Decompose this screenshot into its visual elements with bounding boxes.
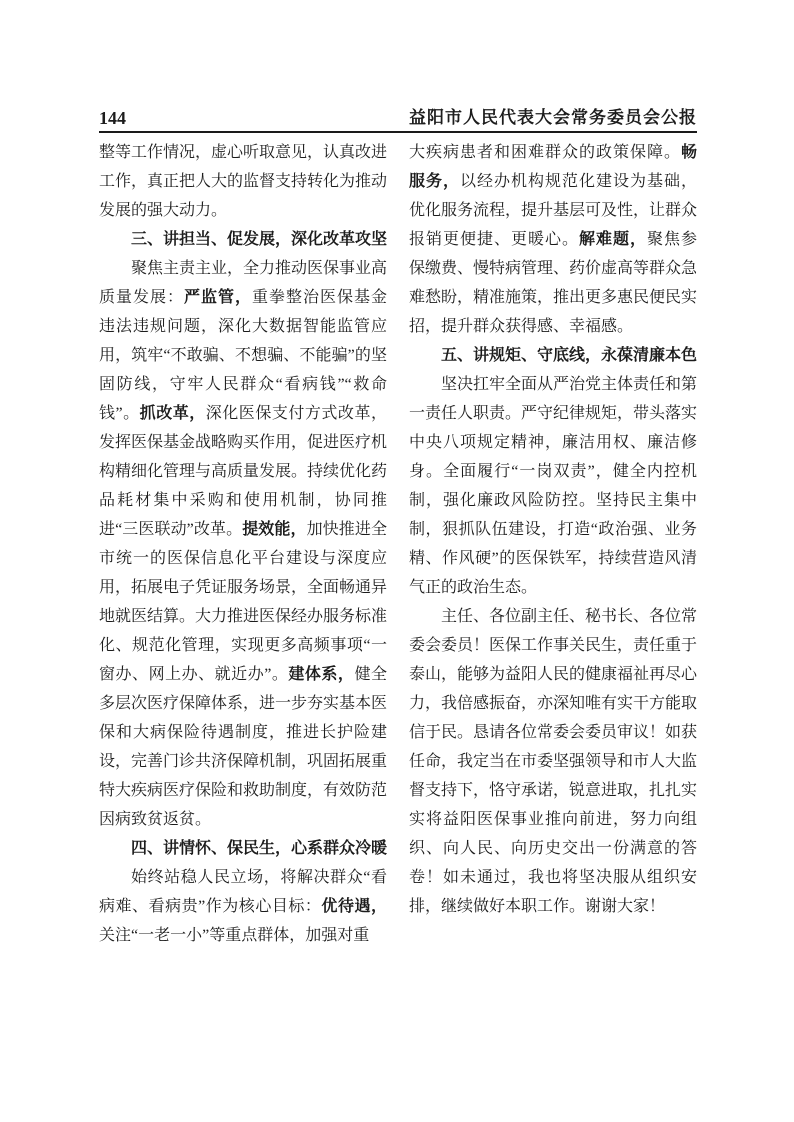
section-heading: 三、讲担当、促发展，深化改革攻坚 [99,225,387,254]
page-header: 144 益阳市人民代表大会常务委员会公报 [99,108,697,133]
column-left: 整等工作情况，虚心听取意见，认真改进工作，真正把人大的监督支持转化为推动发展的强… [99,138,387,950]
section-heading: 五、讲规矩、守底线，永葆清廉本色 [409,341,697,370]
bold-text-run: 建体系， [288,666,354,683]
text-run: 深化医保支付方式改革，发挥医保基金战略购买作用，促进医疗机构精细化管理与高质量发… [99,405,387,538]
bold-text-run: 优待遇， [321,898,387,915]
text-run: 大疾病患者和困难群众的政策保障。 [409,144,681,161]
paragraph: 坚决扛牢全面从严治党主体责任和第一责任人职责。严守纪律规矩，带头落实中央八项规定… [409,370,697,602]
bold-text-run: 五、讲规矩、守底线，永葆清廉本色 [441,347,697,364]
paragraph: 大疾病患者和困难群众的政策保障。畅服务，以经办机构规范化建设为基础，优化服务流程… [409,138,697,341]
section-heading: 四、讲情怀、保民生，心系群众冷暖 [99,834,387,863]
text-run: 健全多层次医疗保障体系，进一步夯实基本医保和大病保险待遇制度，推进长护险建设，完… [99,666,387,828]
document-page: 144 益阳市人民代表大会常务委员会公报 整等工作情况，虚心听取意见，认真改进工… [99,108,697,950]
text-run: 坚决扛牢全面从严治党主体责任和第一责任人职责。严守纪律规矩，带头落实中央八项规定… [409,376,697,596]
column-right: 大疾病患者和困难群众的政策保障。畅服务，以经办机构规范化建设为基础，优化服务流程… [409,138,697,950]
bold-text-run: 提效能， [242,521,306,538]
text-run: 加快推进全市统一的医保信息化平台建设与深度应用，拓展电子凭证服务场景，全面畅通异… [99,521,387,683]
header-title: 益阳市人民代表大会常务委员会公报 [409,108,697,128]
text-run: 整等工作情况，虚心听取意见，认真改进工作，真正把人大的监督支持转化为推动发展的强… [99,144,387,219]
bold-text-run: 解难题， [579,231,647,248]
text-run: 重拳整治医保基金违法违规问题，深化大数据智能监管应用，筑牢“不敢骗、不想骗、不能… [99,289,387,422]
paragraph: 聚焦主责主业，全力推动医保事业高质量发展：严监管，重拳整治医保基金违法违规问题，… [99,254,387,834]
text-run: 关注“一老一小”等重点群体，加强对重 [99,927,369,944]
paragraph: 始终站稳人民立场，将解决群众“看病难、看病贵”作为核心目标：优待遇，关注“一老一… [99,863,387,950]
bold-text-run: 抓改革， [140,405,206,422]
paragraph: 主任、各位副主任、秘书长、各位常委会委员！医保工作事关民生，责任重于泰山，能够为… [409,602,697,921]
text-run: 主任、各位副主任、秘书长、各位常委会委员！医保工作事关民生，责任重于泰山，能够为… [409,608,697,915]
page-number: 144 [99,108,126,128]
content-columns: 整等工作情况，虚心听取意见，认真改进工作，真正把人大的监督支持转化为推动发展的强… [99,138,697,950]
bold-text-run: 四、讲情怀、保民生，心系群众冷暖 [131,840,387,857]
paragraph: 整等工作情况，虚心听取意见，认真改进工作，真正把人大的监督支持转化为推动发展的强… [99,138,387,225]
bold-text-run: 严监管， [184,289,252,306]
bold-text-run: 三、讲担当、促发展，深化改革攻坚 [131,231,387,248]
